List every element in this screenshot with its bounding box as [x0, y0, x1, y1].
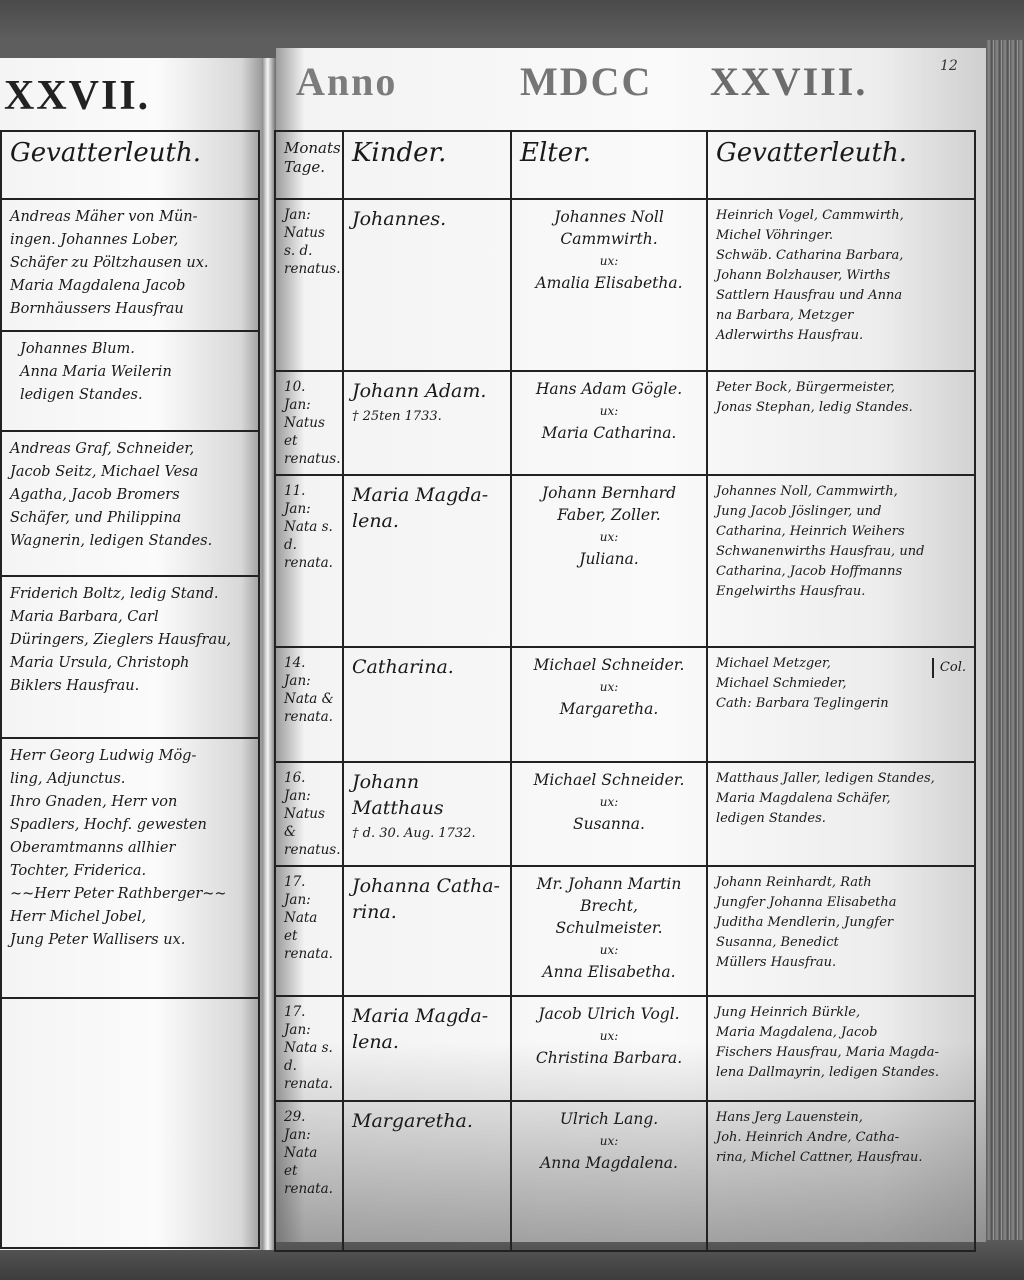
date-cell: 11. Jan: Nata s. d. renata.: [275, 475, 343, 647]
child-cell: Johanna Catha- rina.: [343, 866, 511, 996]
table-row: Jan: Natus s. d. renatus. Johannes. Joha…: [275, 199, 975, 371]
table-row: 17. Jan: Nata s. d. renata. Maria Magda-…: [275, 996, 975, 1101]
parents-cell: Johannes Noll Cammwirth.ux:Amalia Elisab…: [511, 199, 707, 371]
child-cell: Johann Adam.† 25ten 1733.: [343, 371, 511, 475]
left-entry: Friderich Boltz, ledig Stand. Maria Barb…: [1, 576, 259, 738]
child-cell: Catharina.: [343, 647, 511, 762]
left-entry: Andreas Mäher von Mün- ingen. Johannes L…: [1, 199, 259, 331]
left-entry: Herr Georg Ludwig Mög- ling, Adjunctus. …: [1, 738, 259, 998]
left-year-fragment: XXVII.: [4, 72, 150, 120]
child-cell: Maria Magda- lena.: [343, 475, 511, 647]
child-cell: Johannes.: [343, 199, 511, 371]
left-column-header: Gevatterleuth.: [1, 131, 259, 199]
year-heading-anno: Anno: [296, 58, 397, 105]
child-cell: Margaretha.: [343, 1101, 511, 1251]
page-number: 12: [940, 58, 958, 74]
parents-cell: Jacob Ulrich Vogl.ux:Christina Barbara.: [511, 996, 707, 1101]
parents-cell: Ulrich Lang.ux:Anna Magdalena.: [511, 1101, 707, 1251]
table-row: 10. Jan: Natus et renatus. Johann Adam.†…: [275, 371, 975, 475]
parents-cell: Hans Adam Gögle.ux:Maria Catharina.: [511, 371, 707, 475]
left-godparents-table: Gevatterleuth. Andreas Mäher von Mün- in…: [0, 130, 260, 1249]
parents-cell: Michael Schneider.ux:Susanna.: [511, 762, 707, 866]
table-row: 17. Jan: Nata et renata. Johanna Catha- …: [275, 866, 975, 996]
header-parents: Elter.: [511, 131, 707, 199]
header-children: Kinder.: [343, 131, 511, 199]
godparents-cell: Johann Reinhardt, Rath Jungfer Johanna E…: [707, 866, 975, 996]
godparents-bracket-note: Col.: [932, 658, 966, 678]
table-row: 16. Jan: Natus & renatus. Johann Matthau…: [275, 762, 975, 866]
parents-cell: Johann Bernhard Faber, Zoller.ux:Juliana…: [511, 475, 707, 647]
date-cell: 17. Jan: Nata et renata.: [275, 866, 343, 996]
table-row: 11. Jan: Nata s. d. renata. Maria Magda-…: [275, 475, 975, 647]
date-cell: Jan: Natus s. d. renatus.: [275, 199, 343, 371]
godparents-cell: Col.Michael Metzger, Michael Schmieder, …: [707, 647, 975, 762]
parents-cell: Michael Schneider.ux:Margaretha.: [511, 647, 707, 762]
child-cell: Johann Matthaus† d. 30. Aug. 1732.: [343, 762, 511, 866]
left-entry-empty: [1, 998, 259, 1248]
baptism-register-table: Monats Tage. Kinder. Elter. Gevatterleut…: [274, 130, 976, 1252]
year-heading-mdcc: MDCC: [520, 58, 652, 105]
godparents-cell: Matthaus Jaller, ledigen Standes, Maria …: [707, 762, 975, 866]
date-cell: 10. Jan: Natus et renatus.: [275, 371, 343, 475]
godparents-cell: Jung Heinrich Bürkle, Maria Magdalena, J…: [707, 996, 975, 1101]
date-cell: 14. Jan: Nata & renata.: [275, 647, 343, 762]
header-godparents: Gevatterleuth.: [707, 131, 975, 199]
header-month-days: Monats Tage.: [275, 131, 343, 199]
child-cell: Maria Magda- lena.: [343, 996, 511, 1101]
year-heading-xxviii: XXVIII.: [710, 58, 867, 105]
table-header-row: Monats Tage. Kinder. Elter. Gevatterleut…: [275, 131, 975, 199]
godparents-cell: Hans Jerg Lauenstein, Joh. Heinrich Andr…: [707, 1101, 975, 1251]
left-entry: Johannes Blum. Anna Maria Weilerin ledig…: [1, 331, 259, 431]
page-edges: [986, 40, 1024, 1240]
left-entry: Andreas Graf, Schneider, Jacob Seitz, Mi…: [1, 431, 259, 576]
table-row: 14. Jan: Nata & renata. Catharina. Micha…: [275, 647, 975, 762]
table-row: 29. Jan: Nata et renata. Margaretha. Ulr…: [275, 1101, 975, 1251]
date-cell: 17. Jan: Nata s. d. renata.: [275, 996, 343, 1101]
date-cell: 29. Jan: Nata et renata.: [275, 1101, 343, 1251]
godparents-cell: Heinrich Vogel, Cammwirth, Michel Vöhrin…: [707, 199, 975, 371]
godparents-cell: Johannes Noll, Cammwirth, Jung Jacob Jös…: [707, 475, 975, 647]
godparents-cell: Peter Bock, Bürgermeister, Jonas Stephan…: [707, 371, 975, 475]
date-cell: 16. Jan: Natus & renatus.: [275, 762, 343, 866]
parents-cell: Mr. Johann Martin Brecht, Schulmeister.u…: [511, 866, 707, 996]
